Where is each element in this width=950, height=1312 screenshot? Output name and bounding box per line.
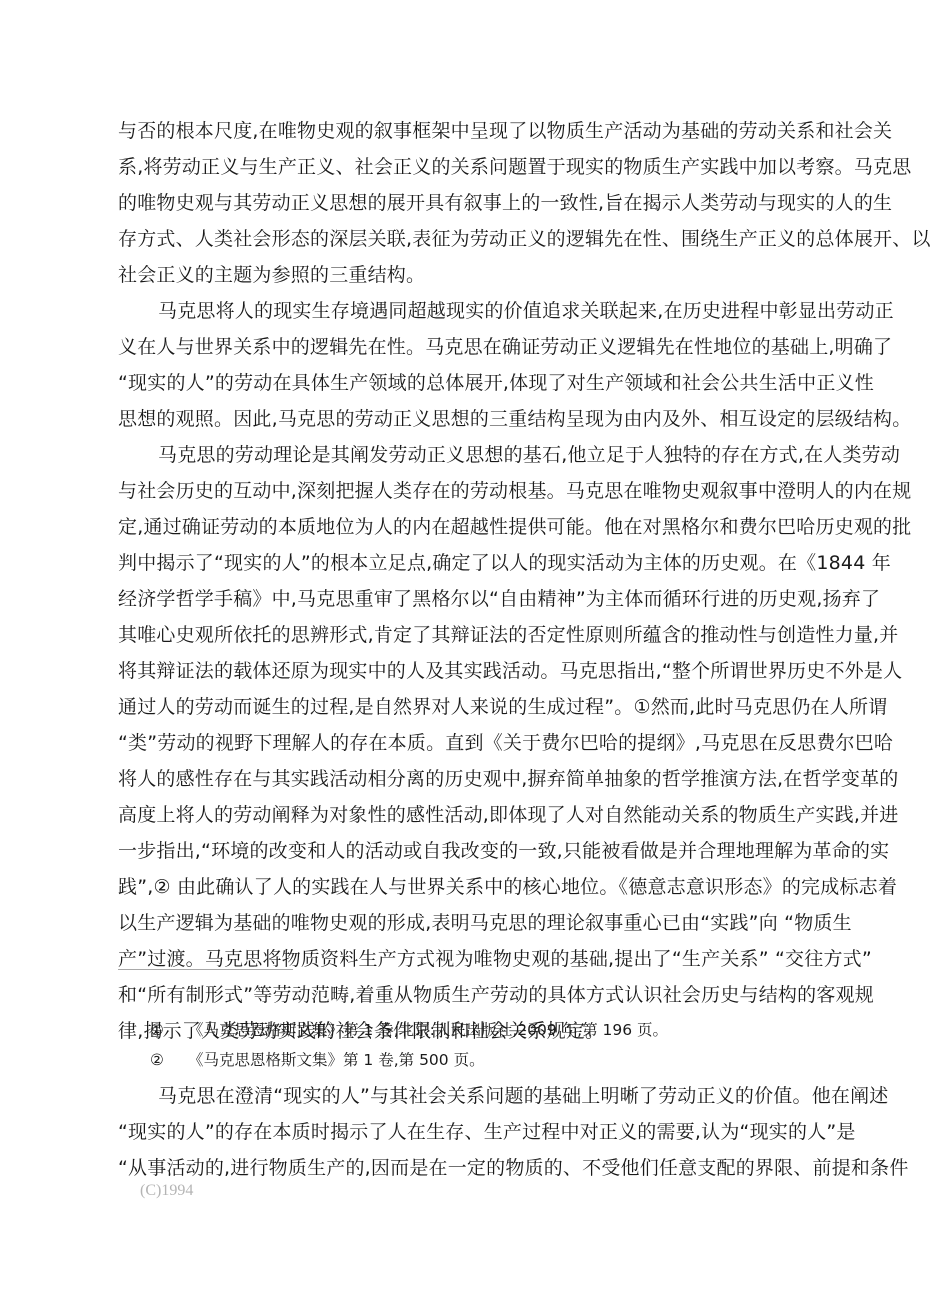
text-line: 通过人的劳动而诞生的过程,是自然界对人来说的生成过程”。①然而,此时马克思仍在人…	[118, 692, 832, 722]
document-page: 与否的根本尺度,在唯物史观的叙事框架中呈现了以物质生产活动为基础的劳动关系和社会…	[0, 0, 950, 1312]
text-line: “现实的人”的劳动在具体生产领域的总体展开,体现了对生产领域和社会公共生活中正义…	[118, 368, 832, 398]
text-line: 和“所有制形式”等劳动范畴,着重从物质生产劳动的具体方式认识社会历史与结构的客观…	[118, 980, 832, 1010]
text-line: 定,通过确证劳动的本质地位为人的内在超越性提供可能。他在对黑格尔和费尔巴哈历史观…	[118, 512, 832, 542]
footnote-1: ①《马克思恩格斯文集》第 1 卷,北京:人民出版社,2009 年,第 196 页…	[150, 1017, 668, 1043]
text-line: 将人的感性存在与其实践活动相分离的历史观中,摒弃简单抽象的哲学推演方法,在哲学变…	[118, 764, 832, 794]
footnote-separator	[118, 969, 293, 970]
text-line: 将其辩证法的载体还原为现实中的人及其实践活动。马克思指出,“整个所谓世界历史不外…	[118, 656, 832, 686]
text-line: 与社会历史的互动中,深刻把握人类存在的劳动根基。马克思在唯物史观叙事中澄明人的内…	[118, 476, 832, 506]
text-line: “类”劳动的视野下理解人的存在本质。直到《关于费尔巴哈的提纲》,马克思在反思费尔…	[118, 728, 832, 758]
text-line: 以生产逻辑为基础的唯物史观的形成,表明马克思的理论叙事重心已由“实践”向 “物质…	[118, 908, 832, 938]
text-line: 系,将劳动正义与生产正义、社会正义的关系问题置于现实的物质生产实践中加以考察。马…	[118, 152, 832, 182]
footnote-text: 《马克思恩格斯文集》第 1 卷,第 500 页。	[188, 1051, 485, 1069]
footnote-2: ②《马克思恩格斯文集》第 1 卷,第 500 页。	[150, 1047, 485, 1073]
footnote-text: 《马克思恩格斯文集》第 1 卷,北京:人民出版社,2009 年,第 196 页。	[188, 1021, 668, 1039]
text-line: 经济学哲学手稿》中,马克思重审了黑格尔以“自由精神”为主体而循环行进的历史观,扬…	[118, 584, 832, 614]
text-line: 践”,② 由此确认了人的实践在人与世界关系中的核心地位。《德意志意识形态》的完成…	[118, 872, 832, 902]
text-line: 存方式、人类社会形态的深层关联,表征为劳动正义的逻辑先在性、围绕生产正义的总体展…	[118, 224, 832, 254]
text-line: 的唯物史观与其劳动正义思想的展开具有叙事上的一致性,旨在揭示人类劳动与现实的人的…	[118, 188, 832, 218]
text-line: “现实的人”的存在本质时揭示了人在生存、生产过程中对正义的需要,认为“现实的人”…	[118, 1117, 832, 1147]
text-line: 马克思在澄清“现实的人”与其社会关系问题的基础上明晰了劳动正义的价值。他在阐述	[158, 1081, 832, 1111]
footnote-marker: ①	[150, 1017, 188, 1043]
text-line: 思想的观照。因此,马克思的劳动正义思想的三重结构呈现为由内及外、相互设定的层级结…	[118, 404, 832, 434]
text-line: 义在人与世界关系中的逻辑先在性。马克思在确证劳动正义逻辑先在性地位的基础上,明确…	[118, 332, 832, 362]
footnote-marker: ②	[150, 1047, 188, 1073]
text-line: 高度上将人的劳动阐释为对象性的感性活动,即体现了人对自然能动关系的物质生产实践,…	[118, 800, 832, 830]
text-line: 社会正义的主题为参照的三重结构。	[118, 260, 832, 290]
text-line: 与否的根本尺度,在唯物史观的叙事框架中呈现了以物质生产活动为基础的劳动关系和社会…	[118, 116, 832, 146]
text-line: 一步指出,“环境的改变和人的活动或自我改变的一致,只能被看做是并合理地理解为革命…	[118, 836, 832, 866]
text-line: 马克思将人的现实生存境遇同超越现实的价值追求关联起来,在历史进程中彰显出劳动正	[158, 296, 832, 326]
text-line: 马克思的劳动理论是其阐发劳动正义思想的基石,他立足于人独特的存在方式,在人类劳动	[158, 440, 832, 470]
text-line: 其唯心史观所依托的思辨形式,肯定了其辩证法的否定性原则所蕴含的推动性与创造性力量…	[118, 620, 832, 650]
text-line: 判中揭示了“现实的人”的根本立足点,确定了以人的现实活动为主体的历史观。在《18…	[118, 548, 832, 578]
copyright-watermark: (C)1994	[140, 1180, 193, 1202]
text-line: “从事活动的,进行物质生产的,因而是在一定的物质的、不受他们任意支配的界限、前提…	[118, 1153, 832, 1183]
